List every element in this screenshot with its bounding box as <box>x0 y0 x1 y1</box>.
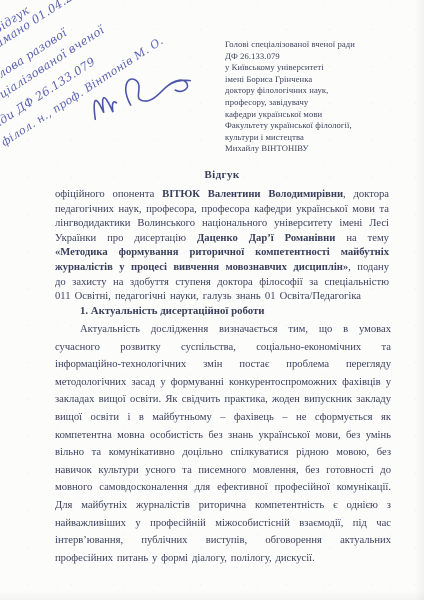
recipient-line: Факультету української філології, <box>225 120 355 132</box>
intro-paragraph: офіційного опонента ВІТЮК Валентини Воло… <box>55 188 389 305</box>
recipient-line: професору, завідувачу <box>225 97 355 109</box>
recipient-block: Голові спеціалізованої вченої ради ДФ 26… <box>225 39 355 155</box>
recipient-line: імені Бориса Грінченка <box>225 74 355 86</box>
recipient-line: ДФ 26.133.079 <box>225 51 355 63</box>
recipient-line: культури і мистецтва <box>225 132 355 144</box>
body-paragraph: Актуальність дослідження визначається ти… <box>55 321 391 567</box>
document-title: Відгук <box>55 169 389 181</box>
recipient-line: у Київському університеті <box>225 62 355 74</box>
recipient-line: Голові спеціалізованої вченої ради <box>225 39 355 51</box>
recipient-line: доктору філологічних наук, <box>225 85 355 97</box>
recipient-line: Михайлу ВІНТОНІВУ <box>225 143 355 155</box>
scanned-document-page: Відгук отримано 01.04.25 Голова разової … <box>0 0 424 600</box>
recipient-line: кафедри української мови <box>225 109 355 121</box>
section-heading: 1. Актуальність дисертаційної роботи <box>80 305 265 317</box>
